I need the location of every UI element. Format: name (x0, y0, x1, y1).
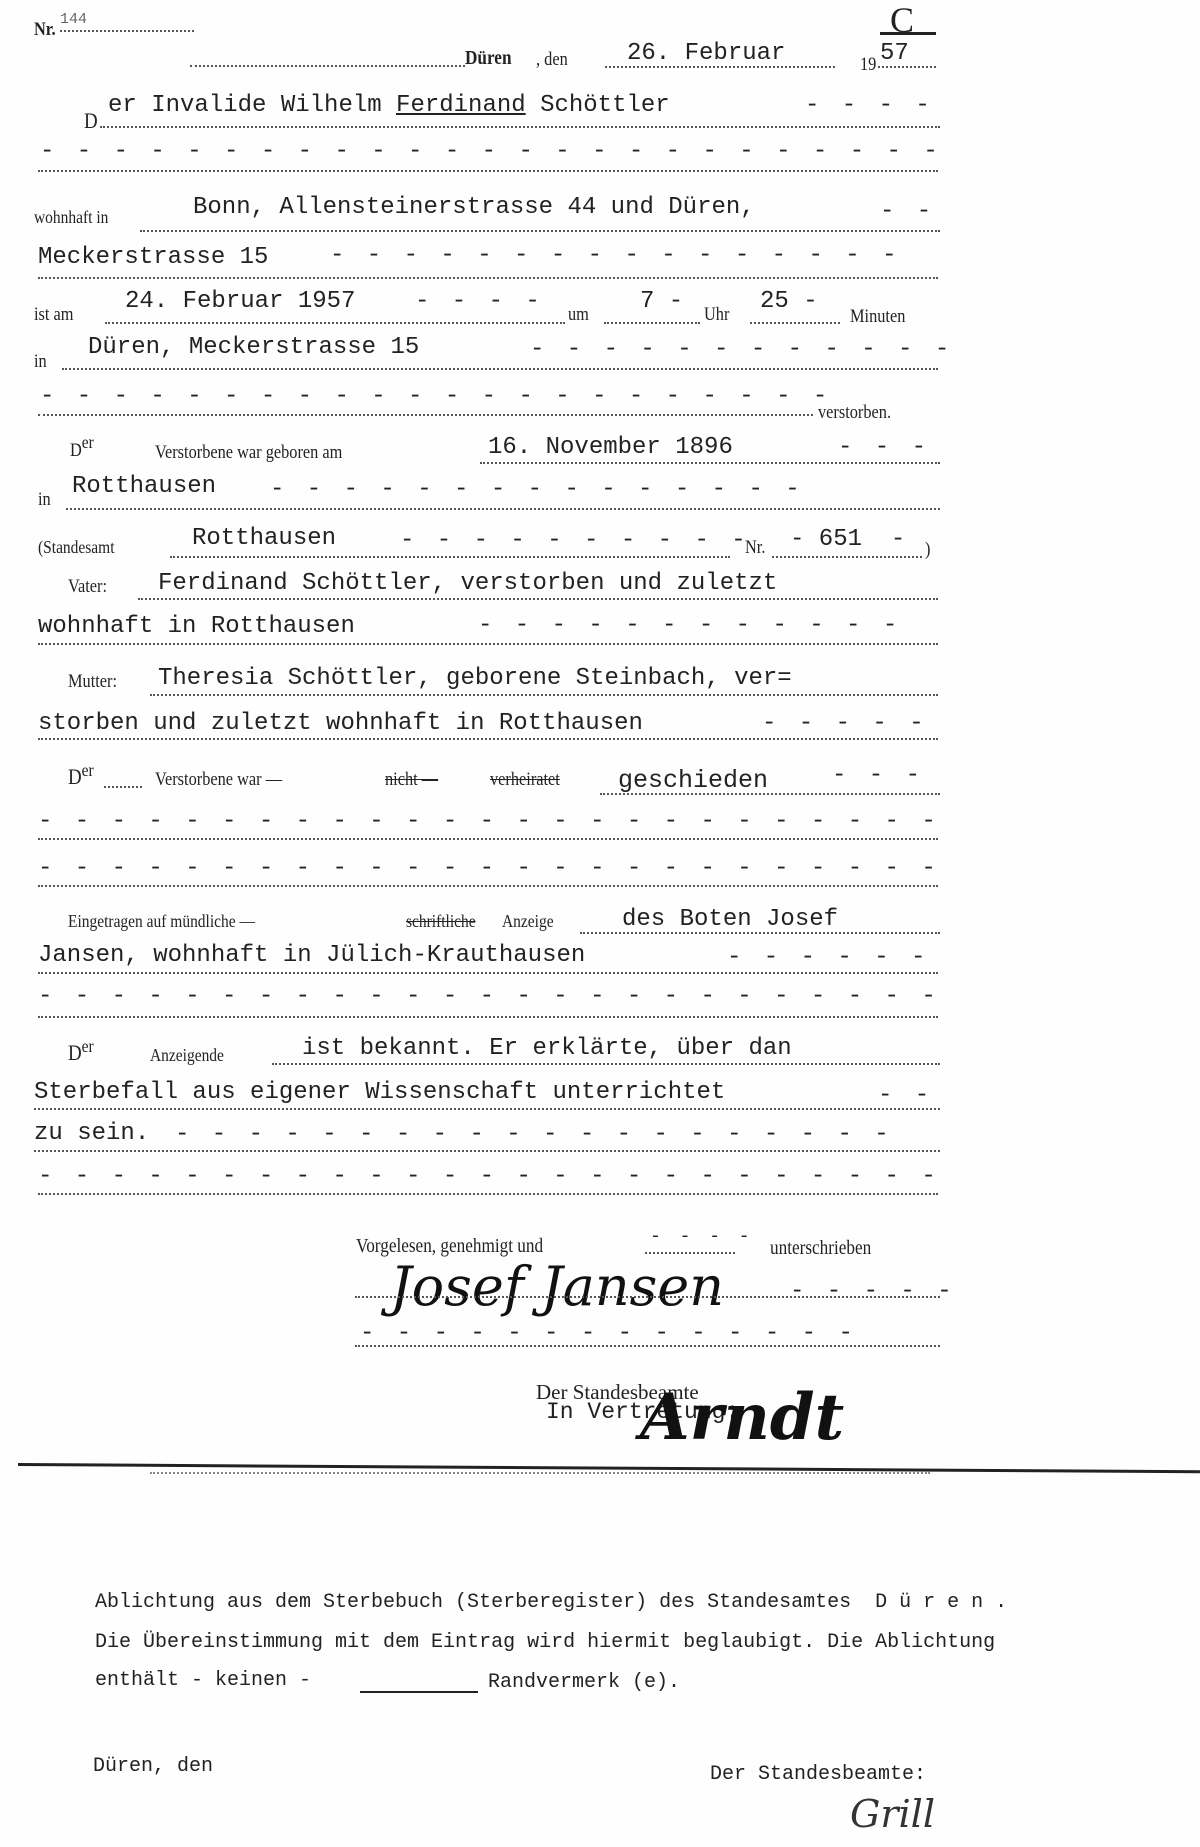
marital-dashes: - - - (832, 764, 924, 788)
report-line2: Jansen, wohnhaft in Jülich-Krauthausen (38, 944, 585, 968)
informant-prefix: Der (68, 1042, 94, 1064)
informant-line1: ist bekannt. Er erklärte, über dan (302, 1037, 792, 1061)
residence-dashes-2: - - - - - - - - - - - - - - - - (330, 244, 900, 268)
signature-line2-dashes: - - - - - - - - - - - - - - (360, 1322, 857, 1346)
informant-line3-dashes: - - - - - - - - - - - - - - - - - - - - (175, 1123, 893, 1147)
register-letter-underline (880, 32, 936, 35)
certification-line3-b: Randvermerk (e). (488, 1673, 680, 1693)
death-place: Düren, Meckerstrasse 15 (88, 336, 419, 360)
death-date-line (105, 322, 565, 324)
father-line2-line (38, 643, 938, 645)
marital-line (600, 793, 940, 795)
place: Düren (465, 48, 512, 68)
deceased-prefix: D (84, 110, 98, 132)
death-place-line-2 (38, 414, 813, 416)
report-line1-line (580, 932, 940, 934)
verstorben-label: verstorben. (818, 403, 891, 422)
den-label: , den (536, 50, 568, 69)
report-filler-line (38, 1016, 938, 1018)
certification-registrar-label: Der Standesbeamte: (710, 1765, 926, 1785)
hour-line (604, 322, 700, 324)
mother-line2-line (38, 738, 938, 740)
marital-prefix-line (104, 786, 142, 788)
randvermerk-blank (360, 1691, 478, 1693)
standesamt-close: ) (925, 540, 930, 559)
nr-label: Nr. (34, 20, 56, 39)
death-in-label: in (34, 352, 47, 371)
death-date: 24. Februar 1957 (125, 290, 355, 314)
death-place-dashes-2: - - - - - - - - - - - - - - - - - - - - … (40, 385, 831, 409)
report-struck: schriftliche (406, 912, 476, 930)
informant-line2: Sterbefall aus eigener Wissenschaft unte… (34, 1081, 725, 1105)
death-place-line (62, 368, 938, 370)
residence-dashes-1: - - (880, 200, 935, 224)
mother-line2: storben und zuletzt wohnhaft in Rotthaus… (38, 712, 643, 736)
informant-filler-line (38, 1193, 938, 1195)
marital-filler-line-2 (38, 885, 938, 887)
standesamt-nr: - 651 - (790, 528, 905, 552)
birth-place: Rotthausen (72, 475, 216, 499)
hour: 7 - (640, 290, 683, 314)
birth-dashes: - - - (838, 436, 930, 460)
year-prefix: 19 (860, 55, 876, 74)
approval-dashes: - - - - (650, 1228, 754, 1246)
death-place-dashes: - - - - - - - - - - - - (530, 338, 953, 362)
standesamt-dashes: - - - - - - - - - - (400, 529, 750, 553)
informant-line2-dashes: - - (878, 1084, 933, 1108)
father-label: Vater: (68, 577, 107, 596)
certification-line1: Ablichtung aus dem Sterbebuch (Sterbereg… (95, 1593, 1007, 1613)
nr-line (60, 30, 194, 32)
marital-prefix: Der (68, 766, 94, 788)
report-line1: des Boten Josef (622, 908, 838, 932)
marital-filler-2: - - - - - - - - - - - - - - - - - - - - … (38, 857, 940, 881)
year-suffix: 57 (880, 42, 909, 66)
deceased-given-name: Ferdinand (396, 92, 526, 119)
birth-place-line (66, 508, 940, 510)
marital-struck-verheiratet: verheiratet (490, 770, 560, 789)
birth-in-label: in (38, 490, 51, 509)
birth-place-dashes: - - - - - - - - - - - - - - - (270, 478, 804, 502)
informant-line2-line (34, 1108, 940, 1110)
certification-line2: Die Übereinstimmung mit dem Eintrag wird… (95, 1633, 995, 1653)
born-label: Verstorbene war geboren am (155, 443, 342, 462)
nr-value: 144 (60, 12, 87, 27)
date-line (605, 66, 835, 68)
mother-line1: Theresia Schöttler, geborene Steinbach, … (158, 667, 792, 691)
minute-line (750, 322, 840, 324)
residence-label: wohnhaft in (34, 208, 108, 226)
line1-line (100, 126, 940, 128)
marital-status: geschieden (618, 768, 768, 793)
minute: 25 - (760, 290, 818, 314)
standesamt-nr-label: Nr. (745, 538, 765, 557)
informant-line1-line (272, 1063, 940, 1065)
minuten-label: Minuten (850, 307, 905, 326)
line2-line (38, 170, 938, 172)
registrar-signature: Arndt (640, 1380, 844, 1455)
mother-line1-line (150, 694, 938, 696)
informant-line3-line (34, 1150, 940, 1152)
marital-filler-line-1 (38, 838, 938, 840)
report-line2-line (38, 972, 938, 974)
um-label: um (568, 305, 589, 324)
residence-line2-line (38, 277, 938, 279)
informant-filler: - - - - - - - - - - - - - - - - - - - - … (38, 1165, 940, 1189)
approval-line (645, 1252, 735, 1254)
line2-dashes: - - - - - - - - - - - - - - - - - - - - … (40, 140, 942, 164)
death-certificate-page: Nr. 144 C Düren , den 26. Februar 19 57 … (0, 0, 1200, 1847)
line1-dashes: - - - - (805, 94, 934, 118)
report-label-a: Eingetragen auf mündliche — (68, 912, 255, 930)
mother-label: Mutter: (68, 672, 117, 691)
certification-line3-a: enthält - keinen - (95, 1671, 311, 1691)
approval-label-b: unterschrieben (770, 1238, 871, 1258)
date-place-line (190, 65, 465, 67)
signature-dashes: - - - - - (790, 1280, 956, 1304)
father-line1: Ferdinand Schöttler, verstorben und zule… (158, 572, 777, 596)
marital-filler-1: - - - - - - - - - - - - - - - - - - - - … (38, 810, 940, 834)
signature-line-2 (355, 1345, 940, 1347)
certificate-date: 26. Februar (627, 42, 785, 66)
father-line1-line (138, 598, 938, 600)
marital-struck-nicht: nicht — (385, 770, 438, 789)
certification-registrar-signature: Grill (850, 1792, 935, 1836)
deceased-name-a: er Invalide Wilhelm Ferdinand Schöttler (108, 94, 670, 118)
informant-signature: Josef Jansen (390, 1255, 724, 1318)
standesamt-nr-line (772, 556, 922, 558)
birth-date: 16. November 1896 (488, 436, 733, 460)
residence-line2: Meckerstrasse 15 (38, 246, 268, 270)
born-prefix: Der (70, 441, 94, 460)
mother-dashes: - - - - - (762, 712, 928, 736)
father-line2: wohnhaft in Rotthausen (38, 615, 355, 639)
residence-line1: Bonn, Allensteinerstrasse 44 und Düren, (193, 196, 755, 220)
report-label-b: Anzeige (502, 912, 554, 930)
birth-date-line (480, 462, 940, 464)
father-dashes: - - - - - - - - - - - - (478, 614, 901, 638)
standesamt-line (170, 556, 730, 558)
marital-label: Verstorbene war — (155, 770, 282, 789)
report-filler: - - - - - - - - - - - - - - - - - - - - … (38, 985, 940, 1009)
death-label: ist am (34, 305, 73, 324)
year-line (878, 66, 936, 68)
death-dashes: - - - - (415, 290, 544, 314)
separator-dotted (150, 1472, 930, 1474)
approval-label-a: Vorgelesen, genehmigt und (356, 1236, 543, 1256)
standesamt: Rotthausen (192, 527, 336, 551)
residence-line1-line (140, 230, 940, 232)
uhr-label: Uhr (704, 305, 729, 324)
informant-line3: zu sein. (34, 1122, 149, 1146)
standesamt-label: (Standesamt (38, 538, 115, 556)
certification-place-date: Düren, den (93, 1757, 213, 1777)
informant-label: Anzeigende (150, 1046, 224, 1064)
report-dashes: - - - - - - (727, 946, 929, 970)
